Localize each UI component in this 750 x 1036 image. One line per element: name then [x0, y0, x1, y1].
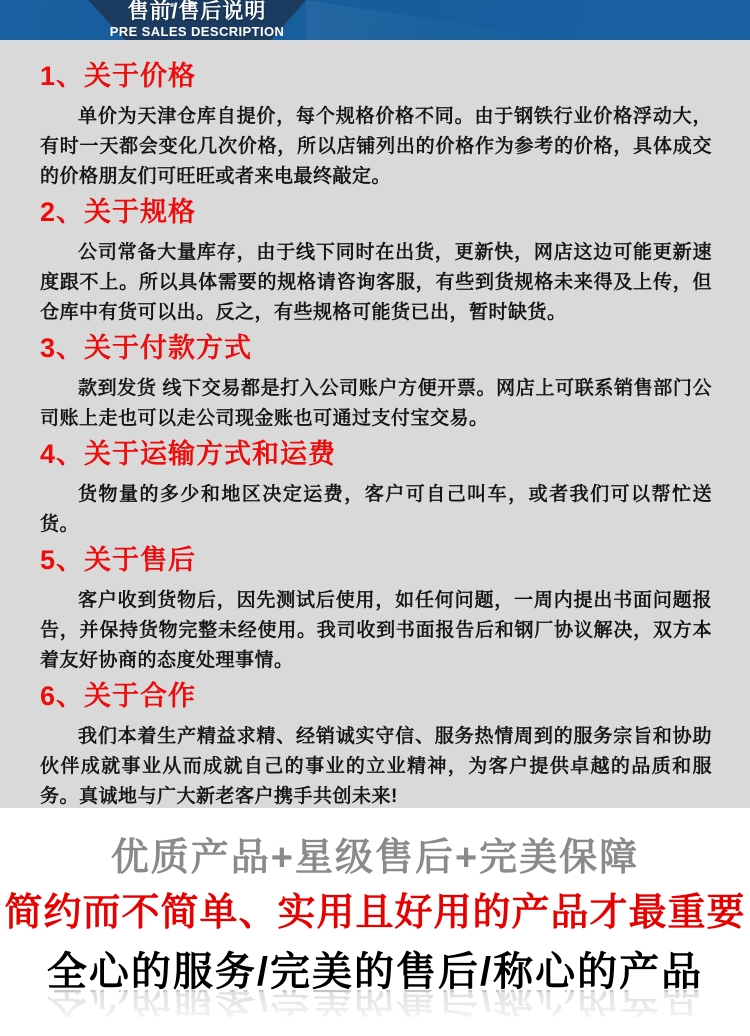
product-description-page: 售前/售后说明 PRE SALES DESCRIPTION 1、关于价格 单价为… [0, 0, 750, 1036]
info-section-payment: 3、关于付款方式 款到发货 线下交易都是打入公司账户方便开票。网店上可联系销售部… [40, 332, 712, 434]
section-heading: 4、关于运输方式和运费 [40, 438, 712, 470]
promo-footer: 优质产品+星级售后+完美保障 简约而不简单、实用且好用的产品才最重要 全心的服务… [0, 808, 750, 1036]
section-heading: 1、关于价格 [40, 60, 712, 92]
section-paragraph: 货物量的多少和地区决定运费，客户可自己叫车，或者我们可以帮忙送货。 [40, 480, 712, 540]
promo-line-service-reflection: 全心的服务/完美的售后/称心的产品 [0, 990, 750, 1022]
section-heading: 3、关于付款方式 [40, 332, 712, 364]
section-paragraph: 我们本着生产精益求精、经销诚实守信、服务热情周到的服务宗旨和协助伙伴成就事业从而… [40, 722, 712, 812]
section-heading: 6、关于合作 [40, 680, 712, 712]
section-paragraph: 公司常备大量库存，由于线下同时在出货，更新快，网店这边可能更新速度跟不上。所以具… [40, 238, 712, 328]
section-paragraph: 款到发货 线下交易都是打入公司账户方便开票。网店上可联系销售部门公司账上走也可以… [40, 374, 712, 434]
info-section-shipping: 4、关于运输方式和运费 货物量的多少和地区决定运费，客户可自己叫车，或者我们可以… [40, 438, 712, 540]
header-banner: 售前/售后说明 PRE SALES DESCRIPTION [0, 0, 750, 40]
info-section-aftersales: 5、关于售后 客户收到货物后，因先测试后使用，如任何问题，一周内提出书面问题报告… [40, 544, 712, 676]
section-heading: 5、关于售后 [40, 544, 712, 576]
info-section-price: 1、关于价格 单价为天津仓库自提价，每个规格价格不同。由于钢铁行业价格浮动大，有… [40, 60, 712, 192]
promo-line-slogan: 简约而不简单、实用且好用的产品才最重要 [0, 890, 750, 936]
section-heading: 2、关于规格 [40, 196, 712, 228]
section-paragraph: 客户收到货物后，因先测试后使用，如任何问题，一周内提出书面问题报告，并保持货物完… [40, 586, 712, 676]
page-subtitle: PRE SALES DESCRIPTION [88, 24, 306, 39]
info-section-cooperation: 6、关于合作 我们本着生产精益求精、经销诚实守信、服务热情周到的服务宗旨和协助伙… [40, 680, 712, 812]
info-section-specs: 2、关于规格 公司常备大量库存，由于线下同时在出货，更新快，网店这边可能更新速度… [40, 196, 712, 328]
promo-line-quality: 优质产品+星级售后+完美保障 [0, 834, 750, 882]
page-title: 售前/售后说明 [88, 0, 306, 24]
banner-wing-decoration [306, 0, 566, 40]
section-paragraph: 单价为天津仓库自提价，每个规格价格不同。由于钢铁行业价格浮动大，有时一天都会变化… [40, 102, 712, 192]
banner-title-group: 售前/售后说明 PRE SALES DESCRIPTION [88, 0, 306, 40]
description-content: 1、关于价格 单价为天津仓库自提价，每个规格价格不同。由于钢铁行业价格浮动大，有… [0, 40, 750, 808]
